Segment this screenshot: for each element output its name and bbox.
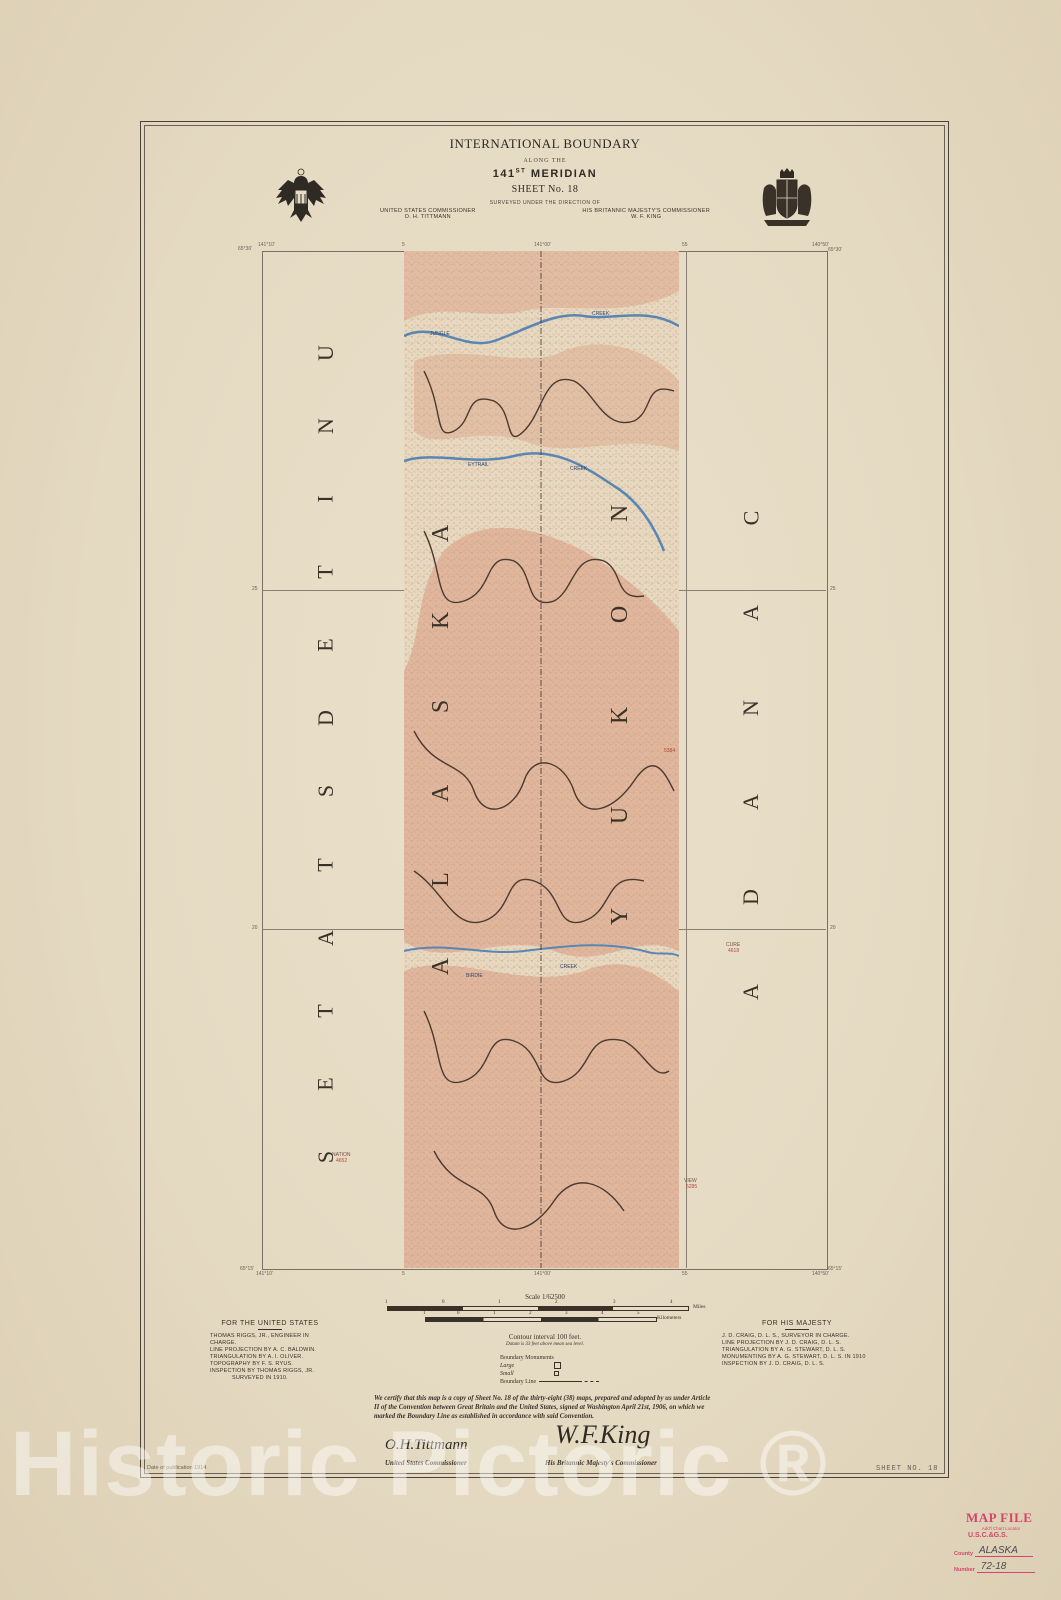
tick: 2 <box>529 1311 532 1316</box>
footer-sheet-number: SHEET NO. 18 <box>876 1465 938 1473</box>
credit-line: MONUMENTING BY A. G. STEWART, D. L. S. I… <box>722 1354 872 1361</box>
country-name-canada: C A N A D A <box>743 505 759 1005</box>
lon-label: 140°50' <box>812 1271 829 1277</box>
letter: E <box>313 639 339 652</box>
letter: A <box>428 958 455 975</box>
credit-line: TRIANGULATION BY A. G. STEWART, D. L. S. <box>722 1347 872 1354</box>
datum-note: Datum is 33 feet above mean sea level. <box>385 1342 705 1347</box>
credits-heading: FOR HIS MAJESTY <box>722 1320 872 1327</box>
legend-label: Boundary Line <box>500 1379 536 1385</box>
tick-label: 5 <box>402 242 405 248</box>
legend-label: Small <box>500 1371 514 1377</box>
us-commissioner: UNITED STATES COMMISSIONER O. H. TITTMAN… <box>380 208 476 220</box>
tick: 5 <box>637 1311 640 1316</box>
lat-label: 65°30' <box>828 247 842 253</box>
scale-bar-kilometers: 1 0 1 2 3 4 5 Kilometers <box>385 1315 705 1323</box>
creek-label: CREEK <box>592 311 609 317</box>
divider <box>258 1329 282 1330</box>
credit-line: TRIANGULATION BY A. I. OLIVER. <box>210 1354 330 1361</box>
letter: A <box>428 785 455 802</box>
tick: 3 <box>565 1311 568 1316</box>
elevation-label: 5384 <box>664 748 675 754</box>
lat-label: 65°15' <box>240 1266 254 1272</box>
unit-label: Miles <box>693 1304 706 1310</box>
map-file-stamp: MAP FILE Add'l Chart Locator U.S.C.&G.S.… <box>966 1510 1056 1573</box>
credits-united-states: FOR THE UNITED STATES THOMAS RIGGS, JR.,… <box>210 1320 330 1382</box>
scale-bar-miles: 1 0 1 2 3 4 Miles <box>385 1304 705 1312</box>
tick: 3 <box>613 1300 616 1305</box>
tick: 1 <box>423 1311 426 1316</box>
territory-name-yukon: Y U K O N <box>612 500 629 930</box>
county-label: County <box>954 1551 973 1557</box>
boundary-dash-icon <box>579 1381 599 1382</box>
graticule-line <box>686 251 687 1268</box>
credit-line: SURVEYED IN 1910. <box>210 1375 330 1382</box>
credits-heading: FOR THE UNITED STATES <box>210 1320 330 1327</box>
letter: D <box>313 710 339 726</box>
stamp-county-row: County ALASKA <box>954 1545 1056 1557</box>
tick: 1 <box>498 1300 501 1305</box>
credits-his-majesty: FOR HIS MAJESTY J. D. CRAIG, D. L. S., S… <box>722 1320 872 1368</box>
meridian-title: 141ST MERIDIAN <box>380 168 710 180</box>
scale-title: Scale 1/62500 <box>385 1293 705 1301</box>
stamp-number-row: Number 72-18 <box>954 1561 1056 1573</box>
credit-line: INSPECTION BY J. D. CRAIG, D. L. S. <box>722 1361 872 1368</box>
us-commissioner-name: O. H. TITTMANN <box>380 214 476 220</box>
small-monument-icon <box>554 1371 559 1376</box>
legend-label: Large <box>500 1363 514 1369</box>
lon-label: 141°10' <box>256 1271 273 1277</box>
credit-line: LINE PROJECTION BY J. D. CRAIG, D. L. S. <box>722 1340 872 1347</box>
unit-label: Kilometers <box>657 1315 681 1321</box>
british-royal-arms-icon <box>760 168 814 228</box>
title-along: ALONG THE <box>380 158 710 164</box>
lon-label: 141°10' <box>258 242 275 248</box>
meridian-suffix: ST <box>516 168 527 174</box>
tick-label: 55 <box>682 1271 688 1277</box>
county-value: ALASKA <box>975 1545 1033 1557</box>
tick-label: 20 <box>830 925 836 931</box>
legend-large: Large <box>500 1362 610 1370</box>
boundary-line-icon <box>539 1381 579 1382</box>
country-name-united-states: U N I T E D S T A T E S <box>318 340 334 1170</box>
credit-line: J. D. CRAIG, D. L. S., SURVEYOR IN CHARG… <box>722 1333 872 1340</box>
stamp-subtitle: Add'l Chart Locator <box>946 1526 1056 1531</box>
lon-label: 141°00' <box>534 1271 551 1277</box>
uk-commissioner: HIS BRITANNIC MAJESTY'S COMMISSIONER W. … <box>582 208 710 220</box>
tick: 1 <box>493 1311 496 1316</box>
lat-label: 65°15' <box>828 1266 842 1272</box>
creek-label: JUNGLE <box>430 331 450 337</box>
letter: K <box>428 611 455 628</box>
letter: T <box>313 1004 339 1017</box>
tick: 4 <box>601 1311 604 1316</box>
letter: N <box>738 700 764 716</box>
elevation-label: 4618 <box>728 948 739 954</box>
creek-label: CREEK <box>570 466 587 472</box>
stamp-org: U.S.C.&G.S. <box>968 1532 1056 1539</box>
letter: U <box>607 807 634 824</box>
tick: 0 <box>442 1300 445 1305</box>
sheet-number: SHEET No. 18 <box>380 184 710 195</box>
contour-interval: Contour interval 100 feet. <box>385 1333 705 1341</box>
territory-name-alaska: A L A S K A <box>433 520 450 980</box>
lon-label: 141°00' <box>534 242 551 248</box>
bar <box>387 1306 689 1311</box>
stamp-title: MAP FILE <box>966 1510 1056 1526</box>
letter: N <box>607 505 634 522</box>
lat-label: 65°30' <box>238 246 252 252</box>
watermark: Historic Pictoric ® <box>10 1412 828 1517</box>
letter: I <box>313 495 339 502</box>
letter: S <box>428 700 455 713</box>
letter: C <box>738 511 764 526</box>
legend-line: Boundary Line <box>500 1378 610 1386</box>
legend-title: Boundary Monuments <box>500 1354 610 1362</box>
map-title: INTERNATIONAL BOUNDARY <box>380 136 710 152</box>
creek-label: EYTRAIL <box>468 462 489 468</box>
creek-label: CREEK <box>560 964 577 970</box>
letter: S <box>313 785 339 797</box>
credit-line: TOPOGRAPHY BY F. S. RYUS. <box>210 1361 330 1368</box>
letter: A <box>738 605 764 621</box>
divider <box>785 1329 809 1330</box>
bar <box>425 1317 657 1322</box>
letter: N <box>313 418 339 434</box>
us-eagle-seal-icon <box>274 168 328 228</box>
letter: S <box>313 1151 339 1163</box>
elevation-label: 5285 <box>686 1184 697 1190</box>
tick-label: 55 <box>682 242 688 248</box>
letter: Y <box>607 908 634 925</box>
letter: A <box>428 525 455 542</box>
letter: T <box>313 566 339 579</box>
tick-label: 25 <box>830 586 836 592</box>
letter: O <box>607 606 634 623</box>
tick: 1 <box>385 1300 388 1305</box>
scale-block: Scale 1/62500 1 0 1 2 3 4 Miles 1 0 1 2 … <box>385 1293 705 1347</box>
title-block: INTERNATIONAL BOUNDARY ALONG THE 141ST M… <box>380 136 710 220</box>
meridian-number: 141 <box>493 168 516 180</box>
letter: K <box>607 706 634 723</box>
letter: T <box>313 858 339 871</box>
credit-line: THOMAS RIGGS, JR., ENGINEER IN CHARGE. <box>210 1333 330 1347</box>
letter: A <box>738 984 764 1000</box>
credit-line: INSPECTION BY THOMAS RIGGS, JR. <box>210 1368 330 1375</box>
tick: 4 <box>670 1300 673 1305</box>
letter: E <box>313 1077 339 1090</box>
legend: Boundary Monuments Large Small Boundary … <box>500 1354 610 1386</box>
number-label: Number <box>954 1567 975 1573</box>
letter: U <box>313 345 339 361</box>
credit-line: LINE PROJECTION BY A. C. BALDWIN. <box>210 1347 330 1354</box>
meridian-word: MERIDIAN <box>531 168 597 180</box>
uk-commissioner-name: W. F. KING <box>582 214 710 220</box>
letter: A <box>738 794 764 810</box>
tick-label: 5 <box>402 1271 405 1277</box>
letter: A <box>313 930 339 946</box>
number-value: 72-18 <box>977 1561 1035 1573</box>
legend-small: Small <box>500 1370 610 1378</box>
commissioners: UNITED STATES COMMISSIONER O. H. TITTMAN… <box>380 208 710 220</box>
letter: D <box>738 889 764 905</box>
creek-label: BIRDIE <box>466 973 483 979</box>
tick-label: 25 <box>252 586 258 592</box>
tick: 2 <box>555 1300 558 1305</box>
tick-label: 20 <box>252 925 258 931</box>
surveyed-note: SURVEYED UNDER THE DIRECTION OF <box>380 200 710 206</box>
large-monument-icon <box>554 1362 561 1369</box>
letter: L <box>428 873 455 888</box>
lon-label: 140°50' <box>812 242 829 248</box>
tick: 0 <box>457 1311 460 1316</box>
